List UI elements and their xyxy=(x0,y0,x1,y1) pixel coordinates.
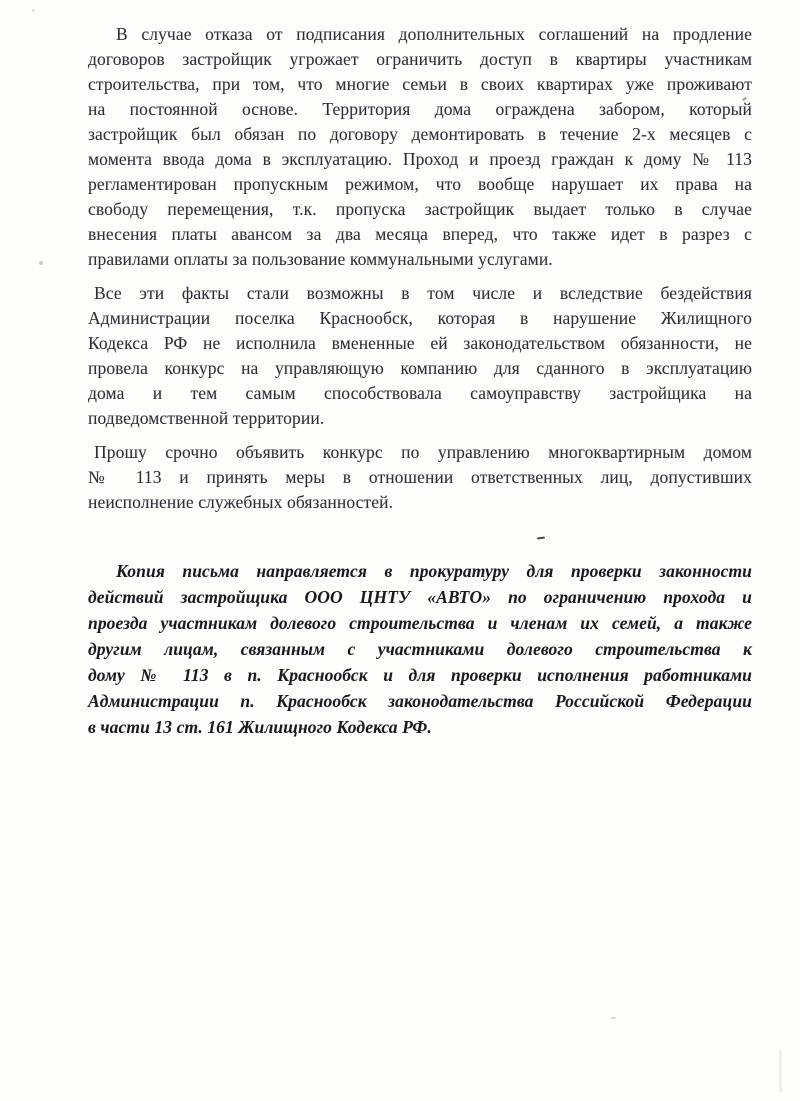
text-line: Все эти факты стали возможны в том числе… xyxy=(88,281,752,306)
text-line: Администрации п. Краснообск законодатель… xyxy=(88,688,752,714)
text-line: договоров застройщик угрожает ограничить… xyxy=(88,47,752,72)
text-line: свободу перемещения, т.к. пропуска застр… xyxy=(88,197,752,222)
paragraph-1: В случае отказа от подписания дополнител… xyxy=(88,22,752,272)
text-line: другим лицам, связанным с участниками до… xyxy=(88,636,752,662)
text-line: в части 13 ст. 161 Жилищного Кодекса РФ. xyxy=(88,714,752,740)
text-line: действий застройщика ООО ЦНТУ «АВТО» по … xyxy=(88,584,752,610)
paragraph-3: Прошу срочно объявить конкурс по управле… xyxy=(88,440,752,515)
text-line: внесения платы авансом за два месяца впе… xyxy=(88,222,752,247)
text-line: В случае отказа от подписания дополнител… xyxy=(88,22,752,47)
text-line: Копия письма направляется в прокуратуру … xyxy=(88,558,752,584)
text-line: правилами оплаты за пользование коммунал… xyxy=(88,247,752,272)
paragraph-4-prosecutor-copy: Копия письма направляется в прокуратуру … xyxy=(88,558,752,740)
text-line: неисполнение служебных обязанностей. xyxy=(88,490,752,515)
scan-speck xyxy=(39,261,43,265)
text-line: Администрации поселка Краснообск, котора… xyxy=(88,306,752,331)
paragraph-2: Все эти факты стали возможны в том числе… xyxy=(88,281,752,431)
text-line: подведомственной территории. xyxy=(88,406,752,431)
scanned-document-page: В случае отказа от подписания дополнител… xyxy=(0,0,800,1101)
text-line: на постоянной основе. Территория дома ог… xyxy=(88,97,752,122)
text-line: провела конкурс на управляющую компанию … xyxy=(88,356,752,381)
text-line: дому № 113 в п. Краснообск и для проверк… xyxy=(88,662,752,688)
text-line: застройщик был обязан по договору демонт… xyxy=(88,122,752,147)
text-line: Кодекса РФ не исполнила вмененные ей зак… xyxy=(88,331,752,356)
letter-body: В случае отказа от подписания дополнител… xyxy=(88,22,752,749)
text-line: проезда участникам долевого строительств… xyxy=(88,610,752,636)
text-line: регламентирован пропускным режимом, что … xyxy=(88,172,752,197)
text-line: строительства, при том, что многие семьи… xyxy=(88,72,752,97)
text-line: № 113 и принять меры в отношении ответст… xyxy=(88,465,752,490)
text-line: момента ввода дома в эксплуатацию. Прохо… xyxy=(88,147,752,172)
text-line: Прошу срочно объявить конкурс по управле… xyxy=(88,440,752,465)
text-line: дома и тем самым способствовала самоупра… xyxy=(88,381,752,406)
scan-smudge xyxy=(779,1050,782,1092)
scan-speck xyxy=(611,1017,616,1019)
scan-speck xyxy=(32,9,35,12)
